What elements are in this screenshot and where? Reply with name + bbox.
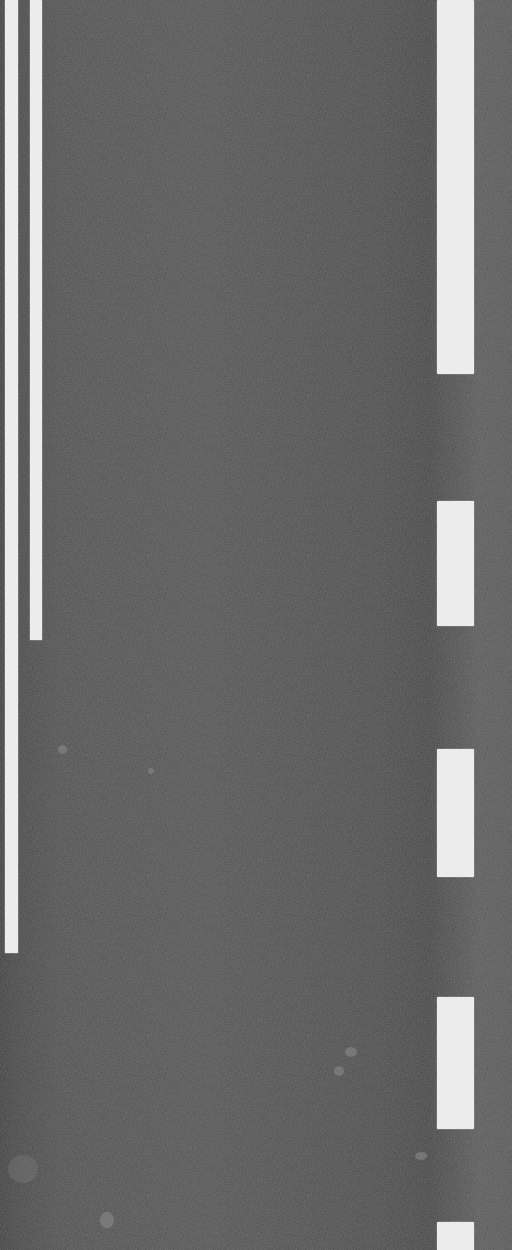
left-inner-edge-line — [30, 0, 42, 640]
asphalt-stain — [334, 1066, 344, 1076]
asphalt-stain — [345, 1047, 357, 1057]
asphalt-stain — [148, 768, 154, 774]
asphalt-stain — [8, 1155, 38, 1183]
lane-dash — [437, 997, 474, 1129]
lane-dash — [437, 501, 474, 626]
asphalt-texture — [0, 0, 512, 1250]
lane-dash — [437, 749, 474, 877]
asphalt-road — [0, 0, 512, 1250]
asphalt-stain — [415, 1152, 427, 1160]
asphalt-stain — [100, 1212, 114, 1228]
lane-dash — [437, 0, 474, 374]
lane-dash — [437, 1222, 474, 1250]
left-outer-edge-line — [5, 0, 18, 953]
asphalt-stain — [58, 745, 67, 754]
